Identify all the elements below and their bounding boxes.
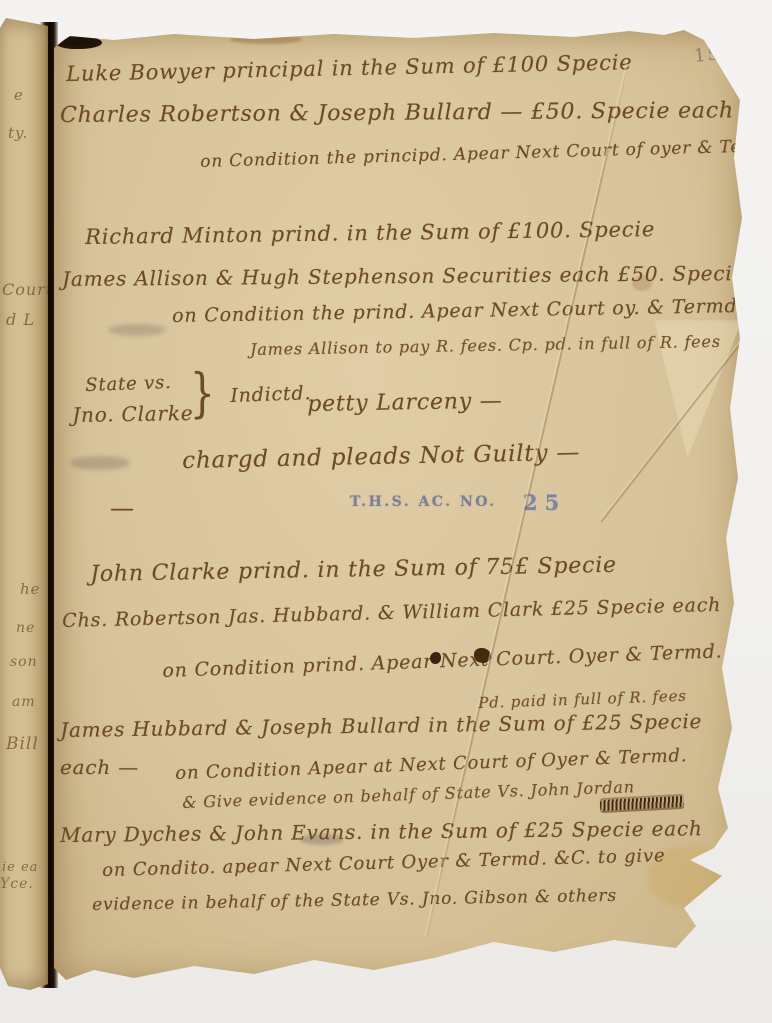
margin-fragment: ie ea (2, 860, 38, 875)
smudge (70, 456, 130, 470)
manuscript-line: Mary Dyches & John Evans. in the Sum of … (60, 816, 703, 847)
manuscript-page: 15 Luke Bowyer principal in the Sum of £… (54, 28, 750, 990)
manuscript-line: on Condition prind. Apear Next Court. Oy… (162, 640, 723, 682)
manuscript-line: each — (60, 755, 139, 779)
manuscript-line: & Give evidence on behalf of State Vs. J… (182, 777, 635, 812)
manuscript-line: James Hubbard & Joseph Bullard in the Su… (60, 709, 702, 742)
paper-crease (600, 340, 743, 522)
manuscript-line: on Condito. apear Next Court Oyer & Term… (102, 845, 666, 881)
manuscript-line: petty Larceny — (307, 389, 503, 417)
manuscript-line: John Clarke prind. in the Sum of 75£ Spe… (90, 553, 617, 587)
accession-stamp: T.H.S. AC. NO. 25 (350, 490, 590, 516)
margin-fragment: son (10, 654, 38, 670)
smudge (108, 324, 166, 336)
manuscript-line: Indictd. (230, 382, 312, 407)
manuscript-line: Chs. Robertson Jas. Hubbard. & William C… (62, 594, 721, 632)
scanner-background: { "page": { "description": "Handwritten … (0, 0, 772, 1023)
stain (230, 35, 302, 44)
manuscript-line: evidence in behalf of the State Vs. Jno.… (92, 886, 617, 915)
margin-fragment: ne (16, 620, 35, 636)
manuscript-dash: — (110, 494, 135, 522)
manuscript-line: James Allison & Hugh Stephenson Securiti… (62, 261, 745, 291)
margin-fragment: Court (2, 280, 48, 299)
margin-fragment: he (20, 580, 41, 598)
manuscript-line: Charles Robertson & Joseph Bullard — £50… (60, 98, 734, 128)
ink-blob (56, 36, 102, 49)
manuscript-line: on Condition the principd. Apear Next Co… (200, 136, 772, 172)
margin-fragment: am (12, 694, 36, 710)
scribbled-out-word (600, 796, 684, 811)
margin-fragment: Bill (6, 734, 39, 754)
margin-fragment: Yce. (0, 876, 34, 892)
margin-fragment: e (14, 86, 24, 104)
manuscript-line: Luke Bowyer principal in the Sum of £100… (66, 50, 633, 86)
page-number: 15 (693, 43, 722, 67)
accession-stamp-number: 25 (523, 490, 566, 515)
manuscript-line: Pd. paid in full of R. fees (478, 687, 687, 712)
manuscript-line: State vs. (85, 372, 172, 396)
margin-fragment: ty. (8, 124, 28, 142)
margin-fragment: d L (6, 310, 35, 329)
manuscript-line: chargd and pleads Not Guilty — (182, 440, 580, 474)
accession-stamp-label: T.H.S. AC. NO. (350, 494, 497, 510)
manuscript-line: Richard Minton prind. in the Sum of £100… (85, 217, 655, 249)
page-number-dash (726, 49, 737, 53)
manuscript-line: on Condition the prind. Apear Next Court… (172, 295, 744, 327)
previous-page-edge: e ty. Court d L he ne son am Bill ie ea … (0, 18, 48, 992)
case-brace: } (190, 364, 215, 424)
manuscript-line: Jno. Clarke (72, 401, 194, 427)
manuscript-line: James Allison to pay R. fees. Cp. pd. in… (250, 332, 721, 359)
